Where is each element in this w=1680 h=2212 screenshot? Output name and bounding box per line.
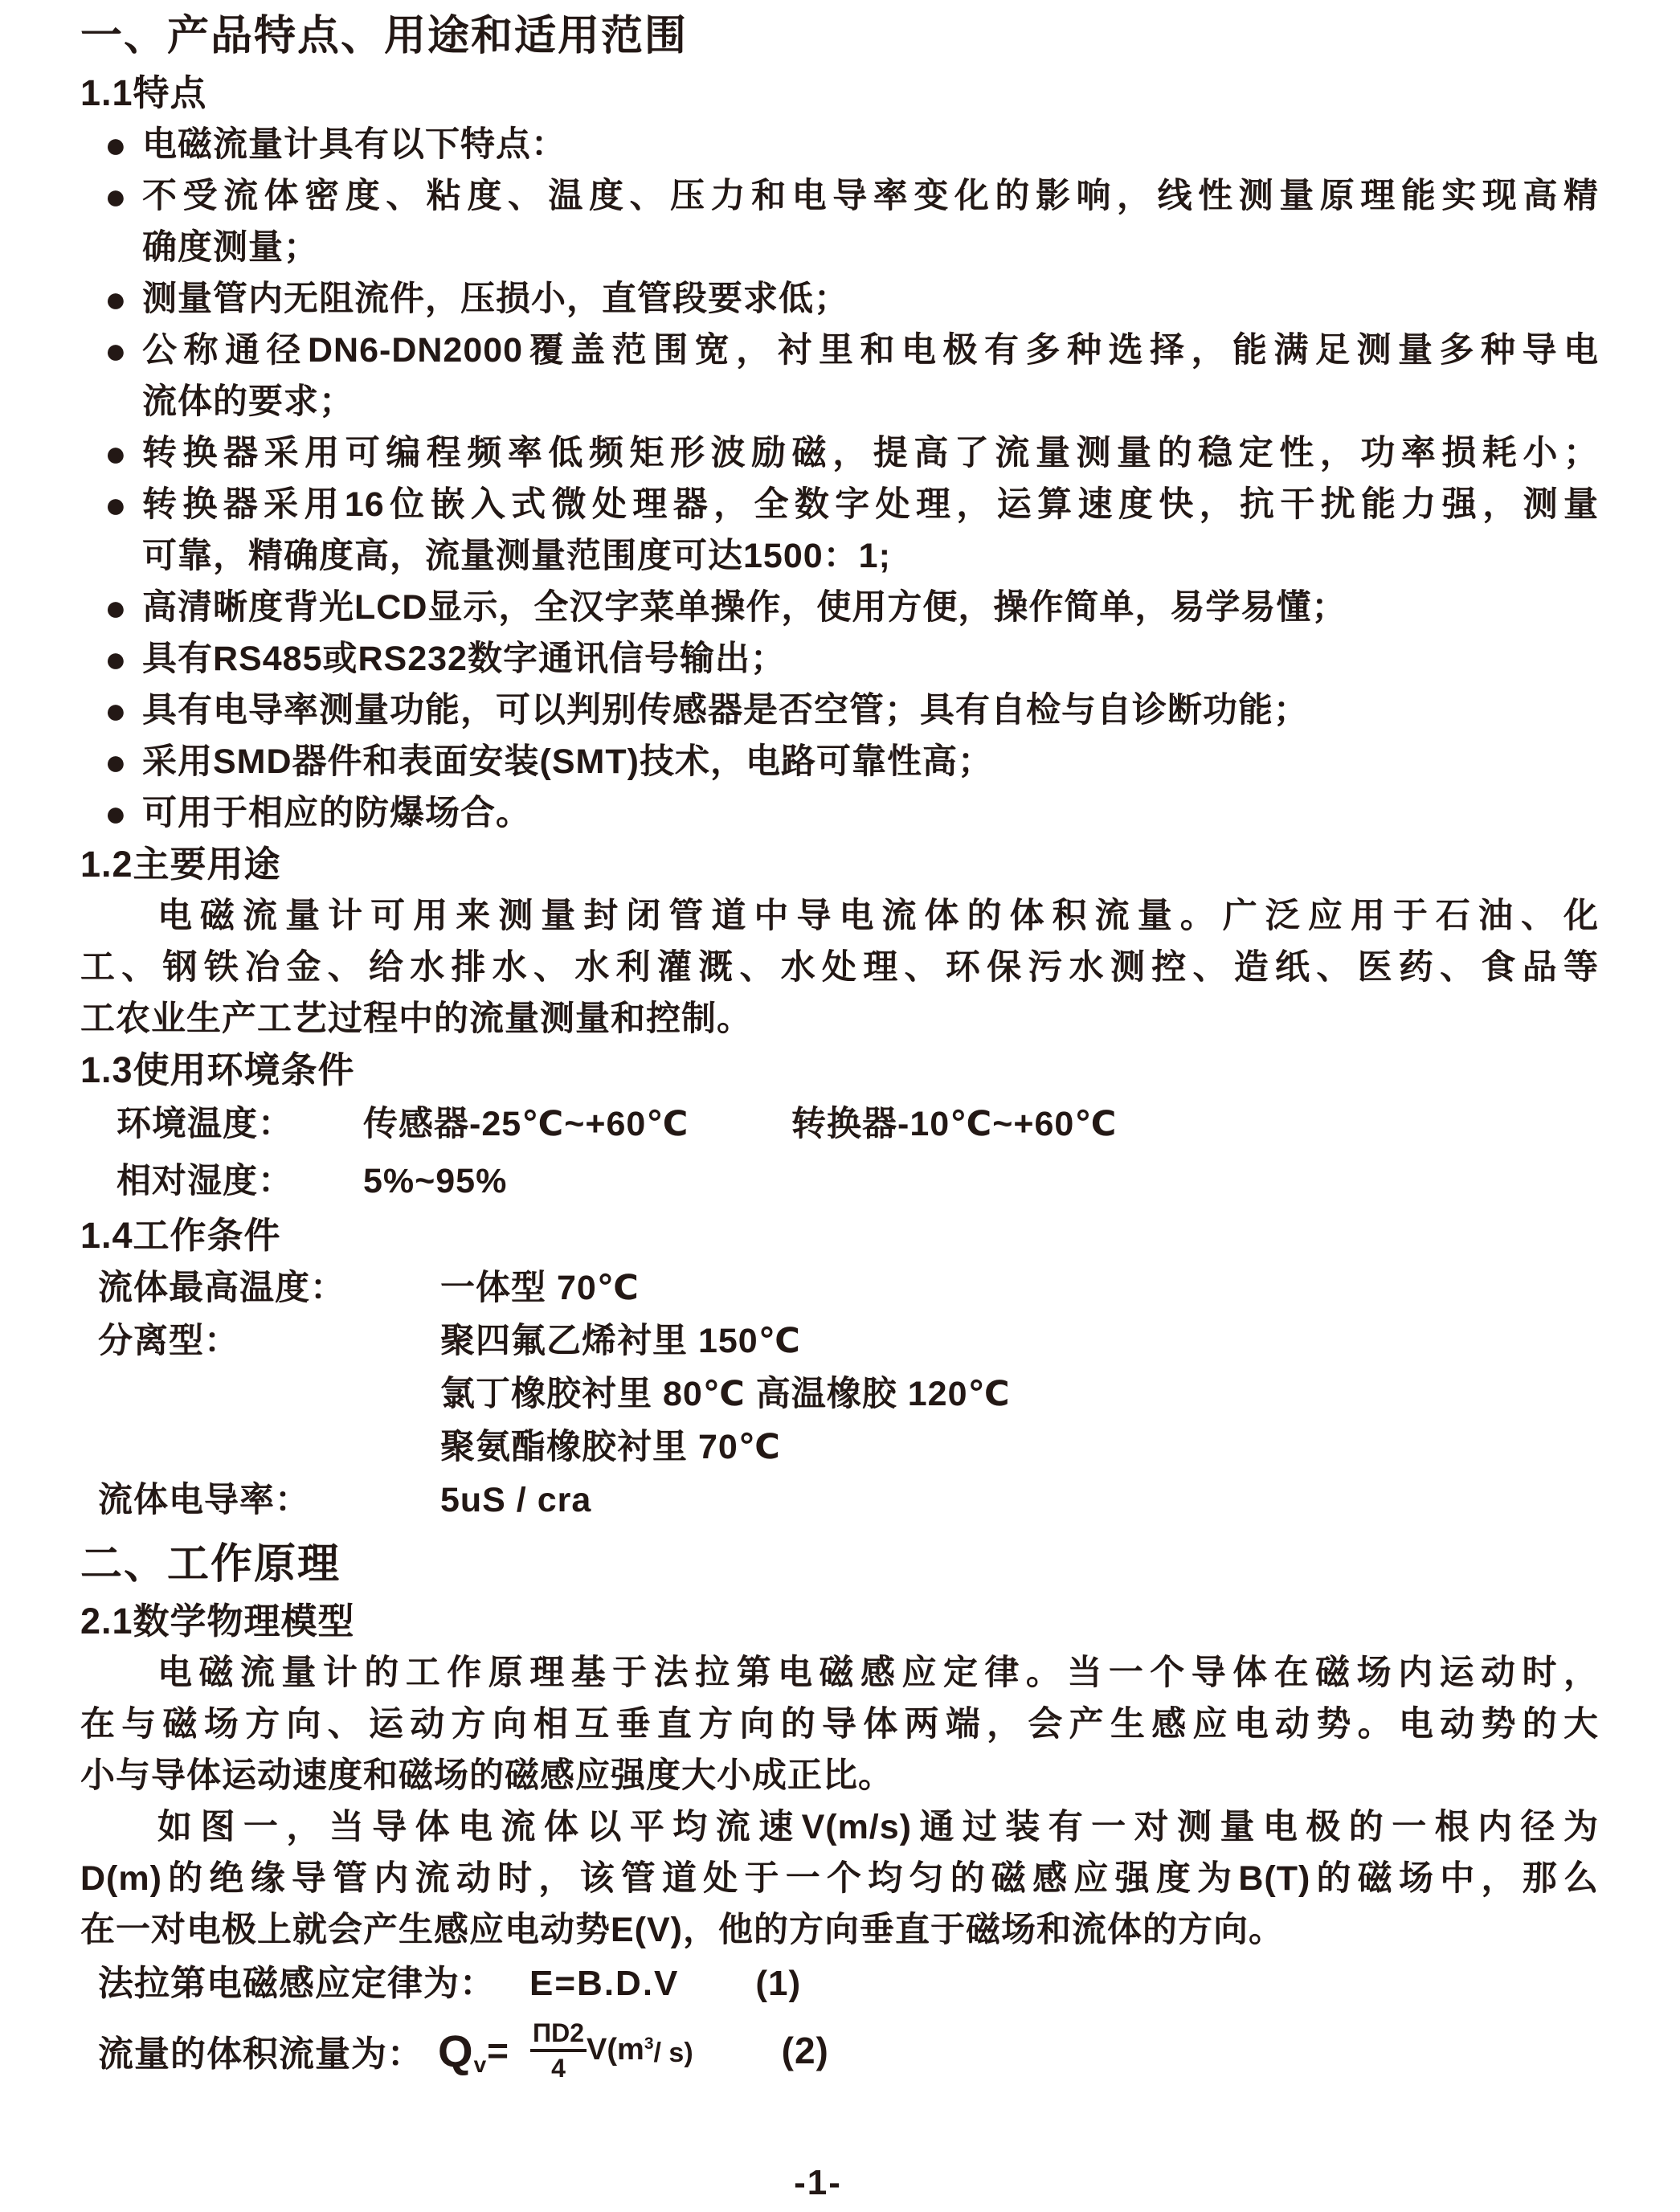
feature-bullet: ● 不受流体密度、粘度、温度、压力和电导率变化的影响，线性测量原理能实现高精 确… bbox=[0, 170, 1680, 273]
bullet-line: 公称通径DN6-DN2000覆盖范围宽，衬里和电极有多种选择，能满足测量多种导电 bbox=[142, 325, 1599, 376]
paragraph-line: 小与导体运动速度和磁场的磁感应强度大小成正比。 bbox=[80, 1750, 1599, 1801]
unit-suffix: / s) bbox=[654, 2038, 693, 2069]
spec-row: 分离型：聚四氟乙烯衬里 150℃ bbox=[98, 1315, 1680, 1368]
bullet-icon: ● bbox=[104, 633, 127, 685]
feature-list: ● 电磁流量计具有以下特点： ● 不受流体密度、粘度、温度、压力和电导率变化的影… bbox=[0, 119, 1680, 839]
bullet-line: 流体的要求； bbox=[142, 376, 1599, 427]
feature-bullet: ● 公称通径DN6-DN2000覆盖范围宽，衬里和电极有多种选择，能满足测量多种… bbox=[0, 325, 1680, 427]
section2-title: 二、工作原理 bbox=[80, 1533, 1680, 1596]
spec-value: 氯丁橡胶衬里 80℃ 高温橡胶 120℃ bbox=[440, 1375, 1011, 1413]
fraction-denominator: 4 bbox=[551, 2052, 566, 2081]
formula-unit: V(m 3 / s) bbox=[587, 2033, 693, 2069]
formula-faraday: 法拉第电磁感应定律为：E=B.D.V(1) bbox=[98, 1956, 1680, 2012]
paragraph-line: 在与磁场方向、运动方向相互垂直方向的导体两端，会产生感应电动势。电动势的大 bbox=[80, 1699, 1599, 1750]
spec-label: 环境温度： bbox=[116, 1096, 363, 1153]
spec-label: 流体最高温度： bbox=[98, 1261, 440, 1315]
page-number: -1- bbox=[0, 2163, 1636, 2203]
spec-value: 一体型 70℃ bbox=[440, 1269, 640, 1307]
bullet-line: 转换器采用16位嵌入式微处理器，全数字处理，运算速度快，抗干扰能力强，测量 bbox=[142, 479, 1599, 530]
spec-value: 5uS / cra bbox=[440, 1481, 591, 1519]
working-conditions: 流体最高温度：一体型 70℃ 分离型：聚四氟乙烯衬里 150℃ 氯丁橡胶衬里 8… bbox=[0, 1261, 1680, 1527]
paragraph-line: 电磁流量计的工作原理基于法拉第电磁感应定律。当一个导体在磁场内运动时， bbox=[80, 1647, 1599, 1699]
bullet-icon: ● bbox=[104, 273, 127, 325]
bullet-line: 不受流体密度、粘度、温度、压力和电导率变化的影响，线性测量原理能实现高精 bbox=[142, 170, 1599, 222]
feature-bullet: ● 可用于相应的防爆场合。 bbox=[0, 787, 1680, 839]
bullet-line: 转换器采用可编程频率低频矩形波励磁，提高了流量测量的稳定性，功率损耗小； bbox=[142, 427, 1599, 479]
heading-1-4: 1.4工作条件 bbox=[80, 1210, 1680, 1261]
bullet-icon: ● bbox=[104, 427, 127, 479]
bullet-icon: ● bbox=[104, 736, 127, 787]
spec-label: 分离型： bbox=[98, 1315, 440, 1368]
bullet-line: 测量管内无阻流件，压损小，直管段要求低； bbox=[142, 273, 1599, 325]
formula-q-subscript: v bbox=[474, 2052, 488, 2078]
bullet-line: 高清晰度背光LCD显示，全汉字菜单操作，使用方便，操作简单，易学易懂； bbox=[142, 582, 1599, 633]
spec-value: 传感器-25℃~+60℃ bbox=[363, 1096, 791, 1153]
formula-volume-flow: 流量的体积流量为： Q v = ΠD2 4 V(m 3 / s) (2) bbox=[98, 2012, 1680, 2089]
paragraph-principle-2: 如图一，当导体电流体以平均流速V(m/s)通过装有一对测量电极的一根内径为 D(… bbox=[80, 1801, 1599, 1956]
fraction: ΠD2 4 bbox=[530, 2020, 587, 2081]
formula-q-symbol: Q bbox=[438, 2025, 474, 2077]
paragraph-line: 在一对电极上就会产生感应电动势E(V)，他的方向垂直于磁场和流体的方向。 bbox=[80, 1904, 1599, 1956]
fraction-numerator: ΠD2 bbox=[530, 2020, 587, 2052]
spec-value: 5%~95% bbox=[363, 1153, 791, 1210]
spec-value: 聚氨酯橡胶衬里 70℃ bbox=[440, 1428, 781, 1466]
bullet-icon: ● bbox=[104, 119, 127, 170]
feature-bullet: ● 具有RS485或RS232数字通讯信号输出； bbox=[0, 633, 1680, 685]
spec-value: 聚四氟乙烯衬里 150℃ bbox=[440, 1322, 801, 1360]
spec-value: 转换器-10℃~+60℃ bbox=[791, 1105, 1117, 1143]
bullet-icon: ● bbox=[104, 170, 127, 222]
formula-label: 流量的体积流量为： bbox=[98, 2025, 423, 2076]
document-page: 一、产品特点、用途和适用范围 1.1特点 ● 电磁流量计具有以下特点： ● 不受… bbox=[0, 0, 1680, 2089]
formula-number: (2) bbox=[782, 2029, 829, 2072]
bullet-line: 电磁流量计具有以下特点： bbox=[142, 119, 1599, 170]
spec-row: 氯丁橡胶衬里 80℃ 高温橡胶 120℃ bbox=[98, 1368, 1680, 1421]
bullet-icon: ● bbox=[104, 479, 127, 530]
bullet-line: 具有电导率测量功能，可以判别传感器是否空管；具有自检与自诊断功能； bbox=[142, 685, 1599, 736]
spec-row: 流体电导率：5uS / cra bbox=[98, 1474, 1680, 1527]
bullet-line: 采用SMD器件和表面安装(SMT)技术，电路可靠性高； bbox=[142, 736, 1599, 787]
paragraph-line: 工农业生产工艺过程中的流量测量和控制。 bbox=[80, 993, 1599, 1045]
equals-sign: = bbox=[487, 2029, 509, 2072]
feature-bullet: ● 电磁流量计具有以下特点： bbox=[0, 119, 1680, 170]
formula-number: (1) bbox=[755, 1964, 801, 2003]
bullet-line: 具有RS485或RS232数字通讯信号输出； bbox=[142, 633, 1599, 685]
bullet-icon: ● bbox=[104, 325, 127, 376]
bullet-line: 可靠，精确度高，流量测量范围度可达1500：1; bbox=[142, 530, 1599, 582]
bullet-line: 可用于相应的防爆场合。 bbox=[142, 787, 1599, 839]
formula-expression: E=B.D.V bbox=[529, 1964, 679, 2003]
bullet-icon: ● bbox=[104, 787, 127, 839]
feature-bullet: ● 具有电导率测量功能，可以判别传感器是否空管；具有自检与自诊断功能； bbox=[0, 685, 1680, 736]
heading-1-2: 1.2主要用途 bbox=[80, 839, 1680, 890]
environment-conditions: 环境温度：传感器-25℃~+60℃转换器-10℃~+60℃ 相对湿度：5%~95… bbox=[0, 1096, 1680, 1210]
spec-row: 环境温度：传感器-25℃~+60℃转换器-10℃~+60℃ bbox=[116, 1096, 1680, 1153]
bullet-icon: ● bbox=[104, 685, 127, 736]
paragraph-line: 如图一，当导体电流体以平均流速V(m/s)通过装有一对测量电极的一根内径为 bbox=[80, 1801, 1599, 1853]
bullet-line: 确度测量； bbox=[142, 222, 1599, 273]
feature-bullet: ● 高清晰度背光LCD显示，全汉字菜单操作，使用方便，操作简单，易学易懂； bbox=[0, 582, 1680, 633]
spec-row: 相对湿度：5%~95% bbox=[116, 1153, 1680, 1210]
spec-row: 流体最高温度：一体型 70℃ bbox=[98, 1261, 1680, 1315]
feature-bullet: ● 采用SMD器件和表面安装(SMT)技术，电路可靠性高； bbox=[0, 736, 1680, 787]
spec-label: 流体电导率： bbox=[98, 1474, 440, 1527]
unit-superscript: 3 bbox=[644, 2034, 654, 2054]
bullet-icon: ● bbox=[104, 582, 127, 633]
formula-label: 法拉第电磁感应定律为： bbox=[98, 1964, 496, 2003]
heading-1-1: 1.1特点 bbox=[80, 67, 1680, 119]
section1-title: 一、产品特点、用途和适用范围 bbox=[80, 5, 1680, 67]
heading-2-1: 2.1数学物理模型 bbox=[80, 1596, 1680, 1647]
feature-bullet: ● 转换器采用可编程频率低频矩形波励磁，提高了流量测量的稳定性，功率损耗小； bbox=[0, 427, 1680, 479]
paragraph-line: D(m)的绝缘导管内流动时，该管道处于一个均匀的磁感应强度为B(T)的磁场中，那… bbox=[80, 1853, 1599, 1904]
spec-label: 相对湿度： bbox=[116, 1153, 363, 1210]
feature-bullet: ● 转换器采用16位嵌入式微处理器，全数字处理，运算速度快，抗干扰能力强，测量 … bbox=[0, 479, 1680, 582]
heading-1-3: 1.3使用环境条件 bbox=[80, 1045, 1680, 1096]
paragraph-principle-1: 电磁流量计的工作原理基于法拉第电磁感应定律。当一个导体在磁场内运动时， 在与磁场… bbox=[80, 1647, 1599, 1801]
paragraph-line: 工、钢铁冶金、给水排水、水利灌溉、水处理、环保污水测控、造纸、医药、食品等 bbox=[80, 942, 1599, 993]
paragraph-main-uses: 电磁流量计可用来测量封闭管道中导电流体的体积流量。广泛应用于石油、化 工、钢铁冶… bbox=[80, 890, 1599, 1045]
paragraph-line: 电磁流量计可用来测量封闭管道中导电流体的体积流量。广泛应用于石油、化 bbox=[80, 890, 1599, 942]
unit-prefix: V(m bbox=[587, 2033, 644, 2067]
spec-row: 聚氨酯橡胶衬里 70℃ bbox=[98, 1421, 1680, 1474]
feature-bullet: ● 测量管内无阻流件，压损小，直管段要求低； bbox=[0, 273, 1680, 325]
